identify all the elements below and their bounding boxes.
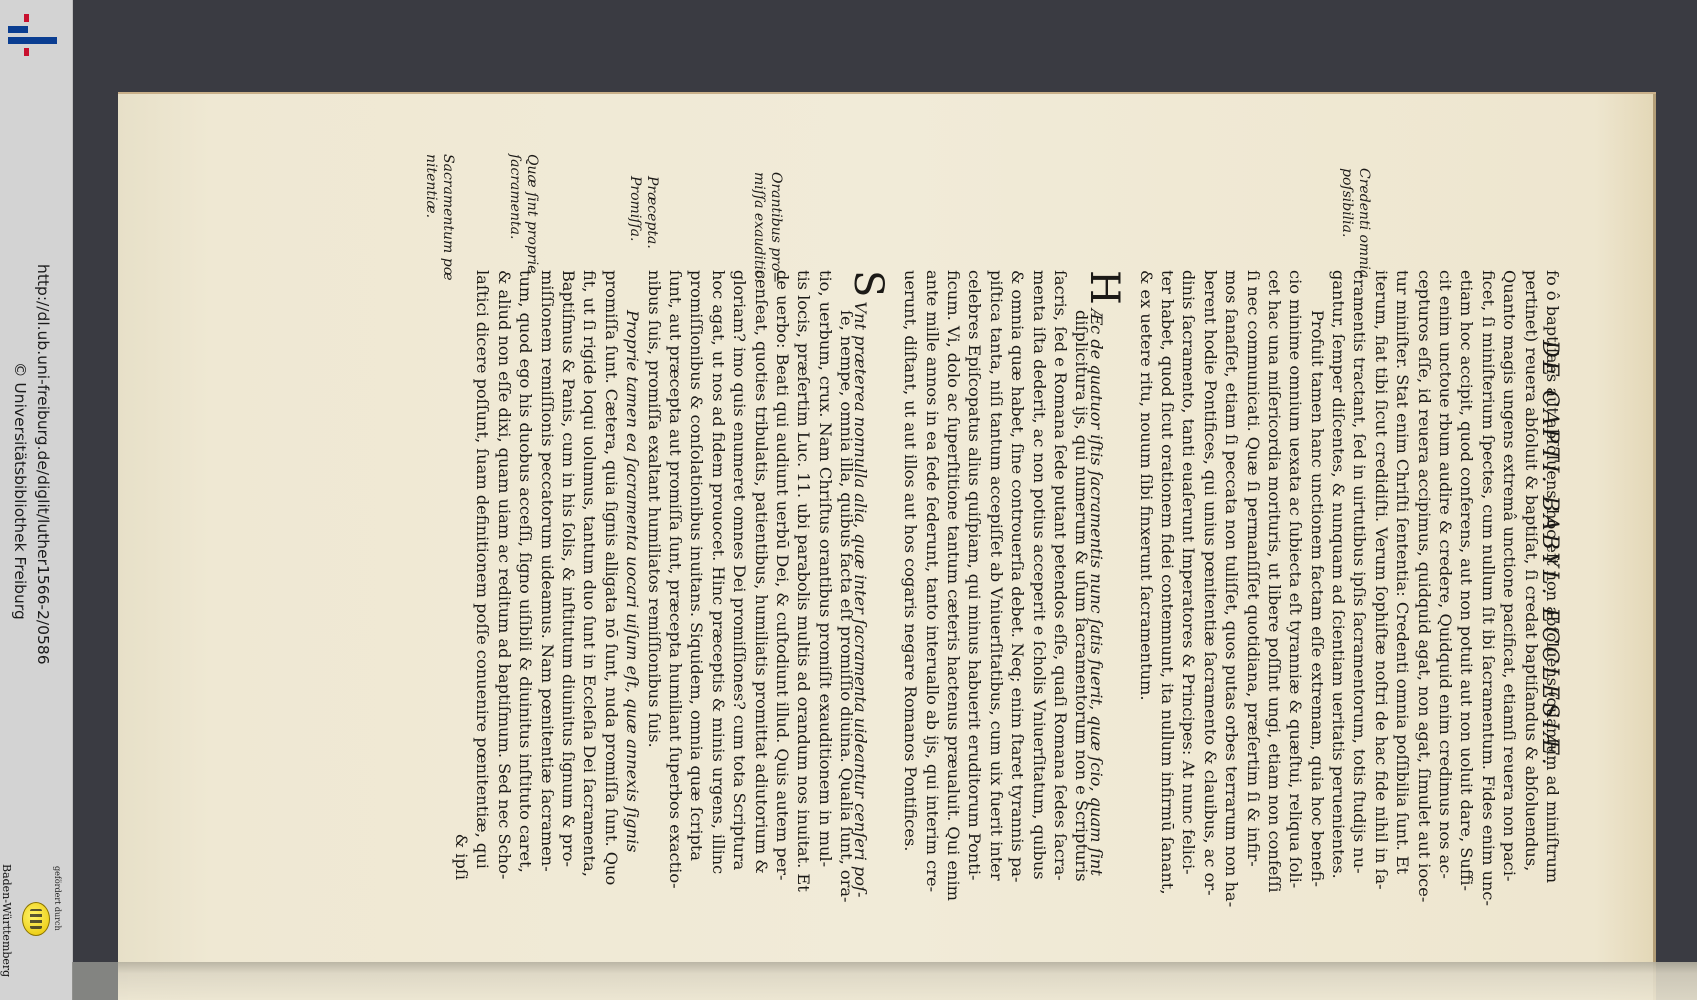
text-line: cramentis tractant, ſed in uirtutibus ip… — [1349, 270, 1370, 880]
text-line: tis locis, præſertim Luc. 11. ubi parabo… — [793, 270, 814, 880]
text-line: cio minime omnium uexata ac ſubiecta eſt… — [1285, 270, 1306, 880]
text-line: cet hac una miſericordia morituris, ut l… — [1264, 270, 1285, 880]
text-line: ficum. Vi, dolo ac ſuperſtitione tantum … — [943, 270, 964, 880]
text-line: ſacris, ſed e Romana ſede putant petendo… — [1050, 270, 1071, 880]
permalink-url[interactable]: http://dl.ub.uni-freiburg.de/diglit/luth… — [34, 264, 52, 665]
marginal-note-3: Præcepta. Promiſſa. — [626, 176, 660, 249]
drop-cap: S — [846, 270, 892, 297]
marginal-note-4: Quæ ſint proprie ſacramenta. — [506, 154, 540, 273]
text-line: SVnt præterea nonnulla alia, quæ inter ſ… — [857, 270, 878, 880]
text-line: mos ſanaſſet, etiam ſi peccata non tuliſ… — [1221, 270, 1242, 880]
text-line: Proprie tamen ea ſacramenta uocari uiſum… — [622, 270, 643, 880]
text-line: iterum, fiat tibi ſicut credidiſti. Veru… — [1370, 270, 1391, 880]
text-line: menta iſta dederit, ac non potius accepe… — [1028, 270, 1049, 880]
text-line: dinis ſacramento, tanti euaſerunt Impera… — [1178, 270, 1199, 880]
page-body-text: fo ô baptiſans aut abſoluens, hoc eſt no… — [451, 270, 1563, 880]
library-logo-icon[interactable] — [6, 12, 58, 62]
text-line: & aliud non eſſe dixi, quam uiam ac redi… — [493, 270, 514, 880]
text-line — [1114, 270, 1135, 880]
marginal-note-5: Sacramentum pœ nitentiæ. — [422, 154, 456, 281]
text-line: miſſionem remiſſionis peccatorum uideamu… — [536, 270, 557, 880]
text-line: celebres Epiſcopatus alius quiſpiam, qui… — [964, 270, 985, 880]
text-line: ſunt, aut præcepta aut promiſſa ſunt, pr… — [665, 270, 686, 880]
text-line: piſtica tanta, niſi tantum accepiſſet ab… — [985, 270, 1006, 880]
page-bottom-strip — [72, 962, 1697, 1000]
text-line: tum, quod ego his duobus acceſſi, ſigno … — [515, 270, 536, 880]
text-line: ſi nec communicati. Quæ ſi permanſiſſet … — [1242, 270, 1263, 880]
text-line: Profuit tamen hanc unctionem factam eſſe… — [1306, 270, 1327, 880]
sponsor-block: gefördert durch Baden-Württemberg — [0, 860, 72, 1000]
text-line: berent hodie Pontifices, qui unius pœnit… — [1199, 270, 1220, 880]
text-line: nibus ſuis, promiſſa exaltant humiliatos… — [643, 270, 664, 880]
copyright-notice: © Universitätsbibliothek Freiburg — [11, 362, 29, 620]
sponsor-name: Baden-Württemberg — [0, 864, 13, 977]
baden-wuerttemberg-seal-icon — [22, 902, 50, 936]
text-line: etiam hoc accipit, quod conferens, aut n… — [1456, 270, 1477, 880]
text-line: cit enim unctoue rbum audire & credere, … — [1435, 270, 1456, 880]
text-line: pertinet) reuera abſoluit & baptiſat, ſi… — [1520, 270, 1541, 880]
text-line: hoc agat, ut nos ad fidem prouocet. Hinc… — [707, 270, 728, 880]
text-line: fo ô baptiſans aut abſoluens, hoc eſt no… — [1542, 270, 1563, 880]
text-line: cenſeat, quoties tribulatis, patientibus… — [750, 270, 771, 880]
text-line: diſplicitura ijs, qui numerum & uſum ſac… — [1071, 270, 1092, 880]
drop-cap: H — [1081, 270, 1127, 305]
text-line: promiſſionibus & conſolationibus inuitan… — [686, 270, 707, 880]
text-line: Quanto magis ungens extremâ unctione pac… — [1499, 270, 1520, 880]
text-line: & ipſi — [451, 270, 472, 880]
text-line: & ex uetere ritu, nouum ſibi finxerunt ſ… — [1135, 270, 1156, 880]
text-line — [879, 270, 900, 880]
sponsor-caption: gefördert durch — [53, 866, 62, 931]
text-line: ante mille annos in ea ſede ſederunt, ta… — [921, 270, 942, 880]
marginal-note-2: Orantibus pro= miſſa exauditio. — [750, 172, 784, 283]
text-line: tur miniſter. Stat enim Chriſti ſententi… — [1392, 270, 1413, 880]
text-line: promiſſa ſunt. Cætera, quia ſignis allig… — [600, 270, 621, 880]
text-line: fit, ut ſi rigide loqui uolumus, tantum … — [579, 270, 600, 880]
text-line: HÆc de quatuor iſtis ſacramentis nunc ſa… — [1092, 270, 1113, 880]
text-line: gantur, ſemper diſcentes, & nunquam ad ſ… — [1328, 270, 1349, 880]
text-line: Baptiſmus & Panis, cum in his ſolis, & i… — [558, 270, 579, 880]
text-line: ficet, ſi miniſterium ſpectes, cum nullu… — [1477, 270, 1498, 880]
text-line: ſe, nempe, omnia illa, quibus facta eſt … — [836, 270, 857, 880]
marginal-note-1: Credenti omnia poſsibilia. — [1338, 168, 1372, 278]
text-line: de uerbo: Beati qui audiunt uerbū Dei, &… — [772, 270, 793, 880]
text-line: gloriam? imo quis enumeret omnes Dei pro… — [729, 270, 750, 880]
viewer-sidebar: http://dl.ub.uni-freiburg.de/diglit/luth… — [0, 0, 73, 1000]
text-line: cepturos eſſe, id reuera accipimus, quid… — [1413, 270, 1434, 880]
text-line: uerunt, diſtant, ut aut illos aut hos co… — [900, 270, 921, 880]
text-line: ter habet, quod ſicut orationem fidei co… — [1157, 270, 1178, 880]
text-line: & omnia quæ habet, ſine controuerſia deb… — [1007, 270, 1028, 880]
text-line: laſtici dicere poſſunt, ſuam definitione… — [472, 270, 493, 880]
text-line: tio, uerbum, crux. Nam Chriſtus orantibu… — [814, 270, 835, 880]
